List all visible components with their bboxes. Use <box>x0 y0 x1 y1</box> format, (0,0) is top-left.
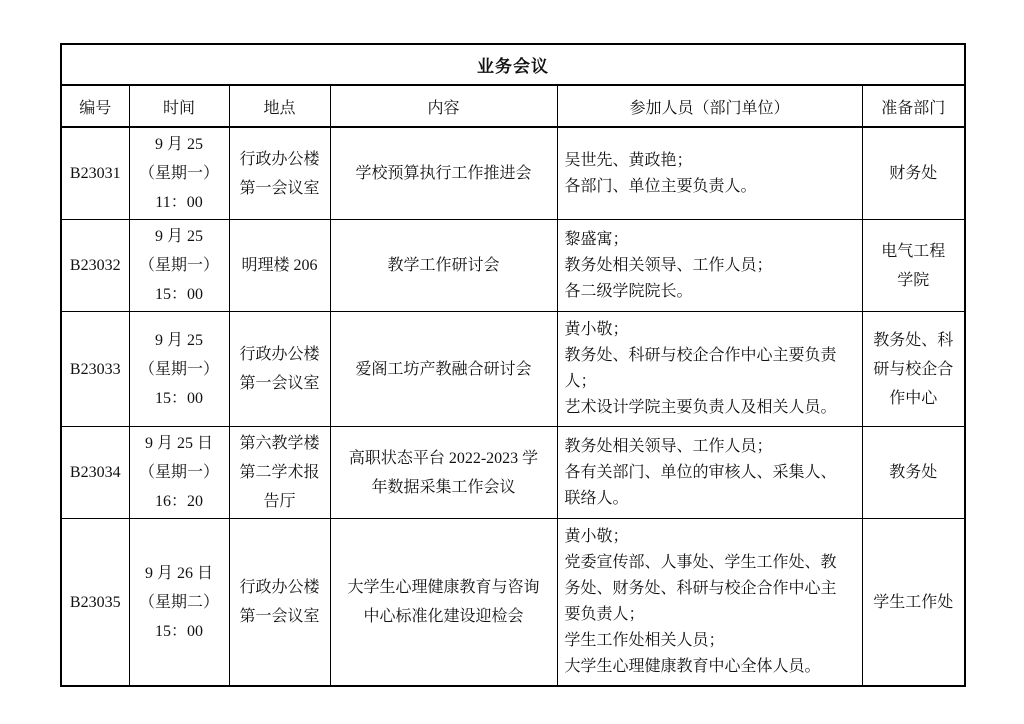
cell-time: 9 月 25 （星期一） 15：00 <box>129 220 229 312</box>
cell-meeting-id: B23031 <box>61 127 129 220</box>
meeting-table: 业务会议 编号 时间 地点 内容 参加人员（部门单位） 准备部门 B23031 … <box>60 43 966 687</box>
location-line: 告厅 <box>234 487 326 516</box>
column-header-id: 编号 <box>61 85 129 127</box>
column-header-content: 内容 <box>330 85 557 127</box>
cell-meeting-id: B23034 <box>61 427 129 519</box>
table-header-row: 编号 时间 地点 内容 参加人员（部门单位） 准备部门 <box>61 85 965 127</box>
content-line: 大学生心理健康教育与咨询 <box>335 573 553 602</box>
prep-dept-line: 研与校企合 <box>867 355 961 384</box>
cell-prep-dept: 财务处 <box>862 127 965 220</box>
cell-participants: 黄小敬； 党委宣传部、人事处、学生工作处、教务处、财务处、科研与校企合作中心主要… <box>557 519 862 687</box>
location-line: 第一会议室 <box>234 174 326 203</box>
table-row: B23033 9 月 25 （星期一） 15：00 行政办公楼 第一会议室 爱阁… <box>61 312 965 427</box>
table-title: 业务会议 <box>61 44 965 85</box>
participants-group: 学生工作处相关人员； <box>565 628 850 654</box>
column-header-time: 时间 <box>129 85 229 127</box>
participants-group: 黎盛寓； <box>565 227 850 253</box>
participants-group: 教务处相关领导、工作人员； <box>565 434 850 460</box>
table-row: B23034 9 月 25 日 （星期一） 16：20 第六教学楼 第二学术报 … <box>61 427 965 519</box>
cell-time: 9 月 25 （星期一） 15：00 <box>129 312 229 427</box>
prep-dept-line: 学院 <box>867 266 961 295</box>
cell-prep-dept: 教务处、科 研与校企合 作中心 <box>862 312 965 427</box>
cell-meeting-id: B23035 <box>61 519 129 687</box>
location-line: 行政办公楼 <box>234 573 326 602</box>
time-line: 9 月 25 日 <box>134 429 225 458</box>
location-line: 第二学术报 <box>234 458 326 487</box>
location-line: 第一会议室 <box>234 369 326 398</box>
content-line: 高职状态平台 2022-2023 学 <box>335 444 553 473</box>
time-line: 9 月 25 <box>134 326 225 355</box>
time-line: （星期一） <box>134 458 225 487</box>
participants-group: 党委宣传部、人事处、学生工作处、教务处、财务处、科研与校企合作中心主要负责人； <box>565 550 850 628</box>
cell-location: 明理楼 206 <box>229 220 330 312</box>
location-line: 第一会议室 <box>234 602 326 631</box>
content-line: 教学工作研讨会 <box>335 251 553 280</box>
time-line: （星期一） <box>134 355 225 384</box>
cell-prep-dept: 学生工作处 <box>862 519 965 687</box>
cell-time: 9 月 25 （星期一） 11：00 <box>129 127 229 220</box>
prep-dept-line: 教务处 <box>867 458 961 487</box>
time-line: 9 月 26 日 <box>134 559 225 588</box>
cell-participants: 教务处相关领导、工作人员； 各有关部门、单位的审核人、采集人、联络人。 <box>557 427 862 519</box>
prep-dept-line: 作中心 <box>867 384 961 413</box>
cell-meeting-id: B23032 <box>61 220 129 312</box>
cell-time: 9 月 25 日 （星期一） 16：20 <box>129 427 229 519</box>
location-line: 行政办公楼 <box>234 340 326 369</box>
location-line: 明理楼 206 <box>234 251 326 280</box>
time-line: 11：00 <box>134 188 225 217</box>
table-row: B23032 9 月 25 （星期一） 15：00 明理楼 206 教学工作研讨… <box>61 220 965 312</box>
table-row: B23031 9 月 25 （星期一） 11：00 行政办公楼 第一会议室 学校… <box>61 127 965 220</box>
table-row: B23035 9 月 26 日 （星期二） 15：00 行政办公楼 第一会议室 … <box>61 519 965 687</box>
prep-dept-line: 学生工作处 <box>867 588 961 617</box>
participants-group: 黄小敬； <box>565 317 850 343</box>
time-line: 16：20 <box>134 487 225 516</box>
participants-group: 大学生心理健康教育中心全体人员。 <box>565 654 850 680</box>
content-line: 中心标准化建设迎检会 <box>335 602 553 631</box>
cell-meeting-id: B23033 <box>61 312 129 427</box>
time-line: 9 月 25 <box>134 130 225 159</box>
cell-location: 行政办公楼 第一会议室 <box>229 312 330 427</box>
time-line: 15：00 <box>134 617 225 646</box>
content-line: 学校预算执行工作推进会 <box>335 159 553 188</box>
participants-group: 艺术设计学院主要负责人及相关人员。 <box>565 395 850 421</box>
time-line: （星期一） <box>134 159 225 188</box>
prep-dept-line: 电气工程 <box>867 237 961 266</box>
location-line: 行政办公楼 <box>234 145 326 174</box>
prep-dept-line: 财务处 <box>867 159 961 188</box>
table-title-row: 业务会议 <box>61 44 965 85</box>
cell-location: 第六教学楼 第二学术报 告厅 <box>229 427 330 519</box>
column-header-participants: 参加人员（部门单位） <box>557 85 862 127</box>
time-line: 15：00 <box>134 384 225 413</box>
cell-content: 高职状态平台 2022-2023 学 年数据采集工作会议 <box>330 427 557 519</box>
cell-time: 9 月 26 日 （星期二） 15：00 <box>129 519 229 687</box>
column-header-location: 地点 <box>229 85 330 127</box>
participants-group: 教务处、科研与校企合作中心主要负责人； <box>565 343 850 395</box>
participants-group: 各部门、单位主要负责人。 <box>565 174 850 200</box>
cell-content: 学校预算执行工作推进会 <box>330 127 557 220</box>
prep-dept-line: 教务处、科 <box>867 326 961 355</box>
cell-prep-dept: 教务处 <box>862 427 965 519</box>
time-line: （星期二） <box>134 588 225 617</box>
location-line: 第六教学楼 <box>234 429 326 458</box>
cell-location: 行政办公楼 第一会议室 <box>229 519 330 687</box>
cell-location: 行政办公楼 第一会议室 <box>229 127 330 220</box>
time-line: （星期一） <box>134 251 225 280</box>
time-line: 9 月 25 <box>134 222 225 251</box>
participants-group: 各二级学院院长。 <box>565 279 850 305</box>
cell-participants: 吴世先、黄政艳； 各部门、单位主要负责人。 <box>557 127 862 220</box>
participants-group: 黄小敬； <box>565 524 850 550</box>
participants-group: 吴世先、黄政艳； <box>565 148 850 174</box>
time-line: 15：00 <box>134 280 225 309</box>
cell-content: 大学生心理健康教育与咨询 中心标准化建设迎检会 <box>330 519 557 687</box>
cell-content: 教学工作研讨会 <box>330 220 557 312</box>
cell-participants: 黎盛寓； 教务处相关领导、工作人员； 各二级学院院长。 <box>557 220 862 312</box>
content-line: 爱阁工坊产教融合研讨会 <box>335 355 553 384</box>
content-line: 年数据采集工作会议 <box>335 473 553 502</box>
cell-prep-dept: 电气工程 学院 <box>862 220 965 312</box>
cell-participants: 黄小敬； 教务处、科研与校企合作中心主要负责人； 艺术设计学院主要负责人及相关人… <box>557 312 862 427</box>
participants-group: 教务处相关领导、工作人员； <box>565 253 850 279</box>
column-header-prep-dept: 准备部门 <box>862 85 965 127</box>
cell-content: 爱阁工坊产教融合研讨会 <box>330 312 557 427</box>
participants-group: 各有关部门、单位的审核人、采集人、联络人。 <box>565 460 850 512</box>
document-sheet: 业务会议 编号 时间 地点 内容 参加人员（部门单位） 准备部门 B23031 … <box>60 43 964 687</box>
